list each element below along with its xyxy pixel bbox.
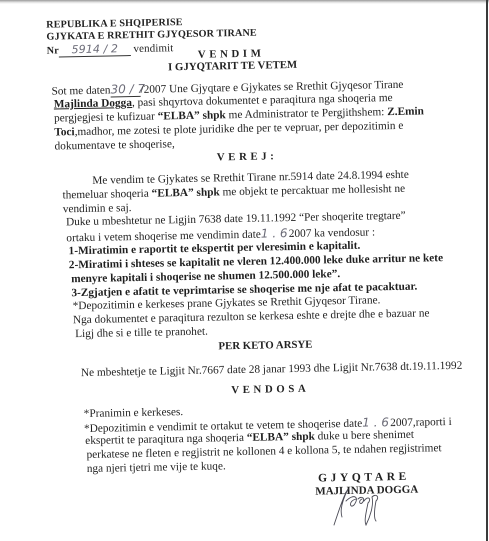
judge-name: Majlinda Dogga bbox=[54, 97, 132, 110]
nr-suffix: vendimit bbox=[133, 42, 173, 55]
intro-text: pergjegjesi te kufizuar bbox=[54, 111, 158, 125]
administrator-name: Z.Emin bbox=[387, 105, 424, 118]
verej-p3-line-3: Ligj dhe si e tille te pranohet. bbox=[75, 326, 208, 341]
document-page: REPUBLIKA E SHQIPERISE GJYKATA E RRETHIT… bbox=[0, 0, 489, 541]
arsye-legal-basis: Ne mbeshtetje te Ligjit Nr.7667 date 28 … bbox=[81, 360, 463, 379]
vendosa-line-5: nga njeri tjetri me vije te kuqe. bbox=[87, 460, 226, 475]
heading-verej: VEREJ: bbox=[217, 150, 278, 163]
vendosa-text: 2007,raporti i bbox=[390, 416, 452, 429]
company-name: “ELBA” shpk bbox=[247, 431, 315, 444]
header-decision-number: Nr5914 / 2 vendimit bbox=[47, 41, 174, 57]
handwritten-signature bbox=[330, 487, 386, 532]
verej-text: themeluar shoqeria bbox=[62, 188, 151, 202]
intro-text: Sot me daten bbox=[51, 84, 110, 97]
title-subtitle: I GJYQTARIT TE VETEM bbox=[168, 59, 297, 73]
company-name: “ELBA” shpk bbox=[151, 186, 219, 199]
intro-text: me Administrator te Pergjithshem: bbox=[226, 106, 388, 121]
administrator-surname: Toci bbox=[54, 126, 75, 138]
vendosa-text: ekspertit te paraqitura nga shoqeria bbox=[85, 432, 247, 447]
heading-vendosa: VENDOSA bbox=[231, 383, 309, 396]
nr-label: Nr bbox=[47, 45, 59, 56]
verej-text: me objekt te percaktuar me hollesisht ne bbox=[220, 183, 406, 199]
date-field: 30 / 7 bbox=[110, 82, 140, 98]
date-field: 1 . 6 . bbox=[261, 226, 289, 242]
intro-line-5: dokumentave te shoqerise, bbox=[54, 138, 174, 152]
verej-p1-line-3: vendimin e saj. bbox=[63, 202, 132, 215]
signature-scribble-icon bbox=[330, 487, 386, 527]
heading-per-keto-arsye: PER KETO ARSYE bbox=[218, 339, 312, 353]
verej-text: 2007 ka vendosur : bbox=[289, 226, 376, 240]
vendosa-text: duke u bere shenimet bbox=[315, 429, 414, 443]
signature-role: GJYQTARE bbox=[318, 471, 410, 485]
company-name: “ELBA” shpk bbox=[158, 109, 226, 122]
vendosa-line-1: *Pranimin e kerkeses. bbox=[84, 406, 184, 420]
nr-field: 5914 / 2 bbox=[59, 42, 131, 57]
nr-handwritten: 5914 / 2 bbox=[71, 42, 118, 56]
court-decision-sheet: REPUBLIKA E SHQIPERISE GJYKATA E RRETHIT… bbox=[0, 0, 489, 541]
